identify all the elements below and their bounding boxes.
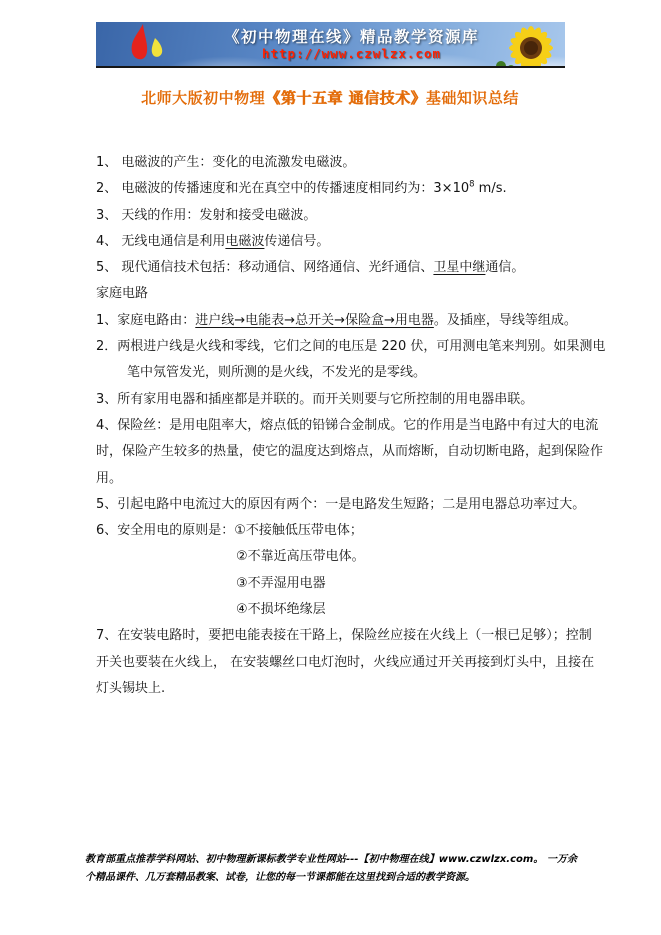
section-heading: 家庭电路 <box>96 281 570 307</box>
list-item-continuation: 灯头锡块上. <box>96 676 570 702</box>
page-title-segment: 基础知识总结 <box>426 89 519 107</box>
text-segment: 用。 <box>96 471 122 486</box>
underlined-text: 卫星中继 <box>433 260 485 275</box>
page-title-segment: 北师大版初中物理 <box>141 89 265 107</box>
text-segment: 3、所有家用电器和插座都是并联的。而开关则要与它所控制的用电器串联。 <box>96 392 533 407</box>
list-item: 2．两根进户线是火线和零线，它们之间的电压是 220 伏，可用测电笔来判别。如果… <box>96 334 570 360</box>
text-segment: 5、 现代通信技术包括：移动通信、网络通信、光纤通信、 <box>96 260 433 275</box>
sunflower-icon <box>479 23 565 66</box>
banner-site-title: 《初中物理在线》精品教学资源库 <box>206 25 497 47</box>
text-segment: 5、引起电路中电流过大的原因有两个：一是电路发生短路；二是用电器总功率过大。 <box>96 497 585 512</box>
text-segment: ③不弄湿用电器 <box>236 576 326 591</box>
banner-divider <box>96 66 565 68</box>
text-segment: 1、家庭电路由： <box>96 313 195 328</box>
footer-note: 教育部重点推荐学科网站、初中物理新课标教学专业性网站---【初中物理在线】www… <box>85 851 577 887</box>
text-segment: 4、保险丝：是用电阻率大，熔点低的铅锑合金制成。它的作用是当电路中有过大的电流 <box>96 418 598 433</box>
sub-list-item: ④不损坏绝缘层 <box>96 597 570 623</box>
list-item: 1、 电磁波的产生：变化的电流激发电磁波。 <box>96 150 570 176</box>
text-segment: 2．两根进户线是火线和零线，它们之间的电压是 220 伏，可用测电笔来判别。如果… <box>96 339 605 354</box>
list-item: 1、家庭电路由：进户线→电能表→总开关→保险盒→用电器。及插座，导线等组成。 <box>96 308 570 334</box>
text-segment: 2、 电磁波的传播速度和光在真空中的传播速度相同约为：3×10 <box>96 181 469 196</box>
text-segment: m/s. <box>475 181 507 196</box>
text-segment: 笔中氖管发光，则所测的是火线，不发光的是零线。 <box>127 365 426 380</box>
list-item: 3、所有家用电器和插座都是并联的。而开关则要与它所控制的用电器串联。 <box>96 387 570 413</box>
list-item-continuation: 笔中氖管发光，则所测的是火线，不发光的是零线。 <box>96 360 570 386</box>
list-item: 6、安全用电的原则是：①不接触低压带电体； <box>96 518 570 544</box>
text-segment: ②不靠近高压带电体。 <box>236 549 365 564</box>
text-segment: 灯头锡块上. <box>96 681 165 696</box>
text-segment: 开关也要装在火线上， 在安装螺丝口电灯泡时，火线应通过开关再接到灯头中，且接在 <box>96 655 594 670</box>
text-segment: 1、 电磁波的产生：变化的电流激发电磁波。 <box>96 155 355 170</box>
list-item: 3、 天线的作用：发射和接受电磁波。 <box>96 203 570 229</box>
text-segment: 7、在安装电路时，要把电能表接在干路上，保险丝应接在火线上（一根已足够）；控制 <box>96 628 592 643</box>
list-item: 5、 现代通信技术包括：移动通信、网络通信、光纤通信、卫星中继通信。 <box>96 255 570 281</box>
page-title-segment: 《第十五章 通信技术》 <box>265 89 426 107</box>
underlined-text: 电磁波 <box>225 234 264 249</box>
underlined-text: 进户线→电能表→总开关→保险盒→用电器 <box>195 313 434 328</box>
text-segment: 6、安全用电的原则是：①不接触低压带电体； <box>96 523 363 538</box>
list-item: 4、 无线电通信是利用电磁波传递信号。 <box>96 229 570 255</box>
text-segment: ④不损坏绝缘层 <box>236 602 326 617</box>
text-segment: 。及插座，导线等组成。 <box>434 313 577 328</box>
site-logo-icon <box>124 23 170 65</box>
list-item: 4、保险丝：是用电阻率大，熔点低的铅锑合金制成。它的作用是当电路中有过大的电流 <box>96 413 570 439</box>
list-item: 2、 电磁波的传播速度和光在真空中的传播速度相同约为：3×108 m/s. <box>96 176 570 202</box>
text-segment: 家庭电路 <box>96 286 148 301</box>
list-item: 5、引起电路中电流过大的原因有两个：一是电路发生短路；二是用电器总功率过大。 <box>96 492 570 518</box>
sub-list-item: ③不弄湿用电器 <box>96 571 570 597</box>
page-title: 北师大版初中物理《第十五章 通信技术》基础知识总结 <box>80 87 580 108</box>
document-page: { "banner": { "site_title": "《初中物理在线》精品教… <box>0 0 661 935</box>
banner-site-url[interactable]: http://www.czwlzx.com <box>206 46 497 61</box>
text-segment: 3、 天线的作用：发射和接受电磁波。 <box>96 208 316 223</box>
sub-list-item: ②不靠近高压带电体。 <box>96 544 570 570</box>
site-banner: 《初中物理在线》精品教学资源库 http://www.czwlzx.com <box>96 22 565 66</box>
text-segment: 时，保险产生较多的热量，使它的温度达到熔点，从而熔断，自动切断电路，起到保险作 <box>96 444 603 459</box>
list-item-continuation: 用。 <box>96 466 570 492</box>
list-item-continuation: 开关也要装在火线上， 在安装螺丝口电灯泡时，火线应通过开关再接到灯头中，且接在 <box>96 650 570 676</box>
text-segment: 传递信号。 <box>264 234 329 249</box>
document-body: 1、 电磁波的产生：变化的电流激发电磁波。2、 电磁波的传播速度和光在真空中的传… <box>96 150 570 702</box>
list-item-continuation: 时，保险产生较多的热量，使它的温度达到熔点，从而熔断，自动切断电路，起到保险作 <box>96 439 570 465</box>
text-segment: 4、 无线电通信是利用 <box>96 234 225 249</box>
list-item: 7、在安装电路时，要把电能表接在干路上，保险丝应接在火线上（一根已足够）；控制 <box>96 623 570 649</box>
text-segment: 通信。 <box>485 260 524 275</box>
